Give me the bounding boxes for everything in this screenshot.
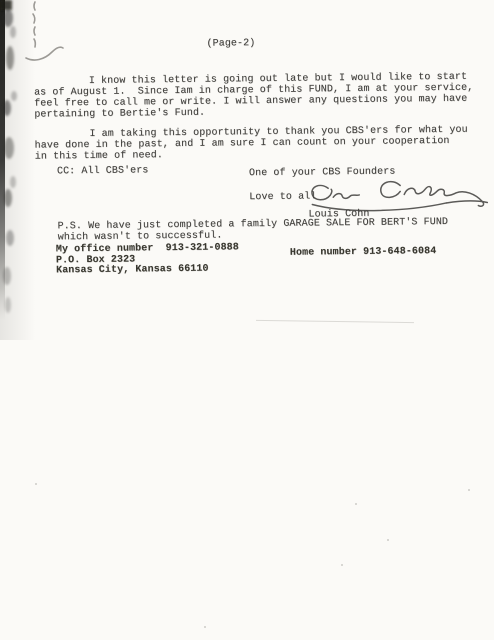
cc-line: CC: All CBS'ers [57,165,149,177]
page-label: (Page-2) [206,38,255,50]
scanned-letter-page: (Page-2) I know this letter is going out… [0,0,494,640]
postscript-line: P.S. We have just completed a family GAR… [58,217,449,243]
office-number-line: My office number 913-321-0888 [56,242,239,255]
paragraph-1: I know this letter is going out late but… [34,72,474,121]
city-line: Kansas City, Kansas 66110 [56,264,209,277]
home-number-line: Home number 913-648-6084 [290,246,437,259]
typed-content: (Page-2) I know this letter is going out… [0,0,494,640]
paragraph-2: I am taking this opportunity to thank yo… [34,125,468,163]
